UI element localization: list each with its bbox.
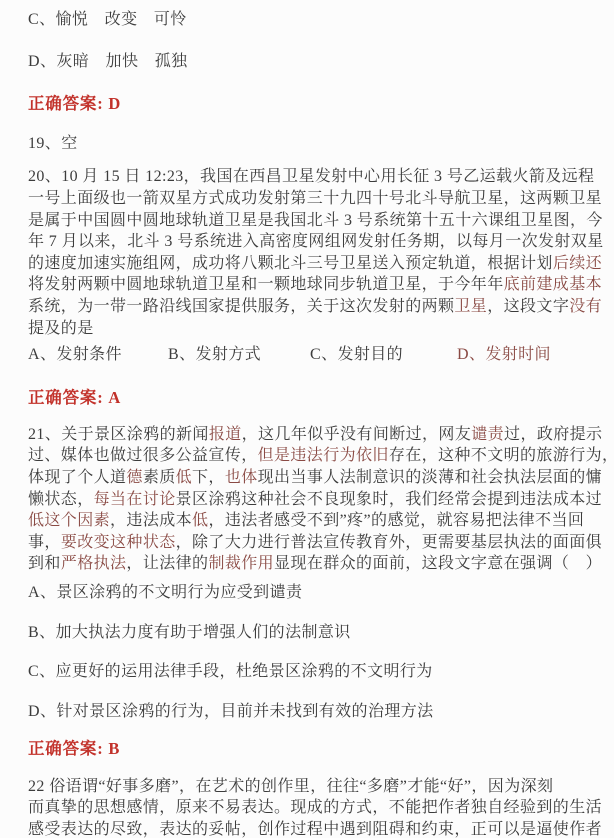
- text-segment: 懒状态，: [28, 491, 94, 508]
- text-segment: 一号上面级也一箭双星方式成功发射第三十九四十号北斗导航卫星，这两颗卫星: [28, 190, 602, 207]
- q20-options-row: A、发射条件 B、发射方式 C、发射目的 D、发射时间: [28, 344, 588, 366]
- text-segment: 是属于中国圆中圆地球轨道卫星是我国北斗 3 号系统第十五十六课组卫星图，今: [28, 212, 603, 229]
- text-segment: 素质: [143, 469, 176, 486]
- text-segment: 年 7 月以来，北斗 3 号系统进入高密度网组网发射任务期，以每月一次发射双星: [28, 233, 604, 250]
- text-line: 体现了个人道德素质低下，也体现出当事人法制意识的淡薄和社会执法层面的慵: [28, 467, 588, 489]
- q20-option-a: A、发射条件: [28, 344, 168, 366]
- highlighted-text: 报道: [209, 426, 242, 443]
- q21-paragraph: 21、关于景区涂鸦的新闻报道，这几年似乎没有间断过，网友谴责过，政府提示过、媒体…: [28, 424, 588, 575]
- q21-option-b: B、加大执法力度有助于增强人们的法制意识: [28, 622, 588, 644]
- highlighted-text: 底前建成基本: [504, 276, 602, 293]
- highlighted-text: 制裁作用: [208, 555, 274, 572]
- q21-option-c: C、应更好的运用法律手段，杜绝景区涂鸦的不文明行为: [28, 661, 588, 683]
- q20-option-c: C、发射目的: [310, 344, 457, 366]
- text-segment: ，违法成本: [110, 512, 192, 529]
- q18-answer-value: D: [108, 94, 121, 113]
- text-segment: ，让法律的: [126, 555, 208, 572]
- text-segment: 下，: [192, 469, 225, 486]
- q20-correct-answer: 正确答案: A: [28, 387, 588, 409]
- q18-option-d: D、灰暗 加快 孤独: [28, 51, 588, 73]
- text-line: 的速度加速实施组网，成功将八颗北斗三号卫星送入预定轨道，根据计划后续还: [28, 253, 588, 275]
- text-segment: 景区涂鸦这种社会不良现象时，我们经常会提到违法成本过: [176, 491, 602, 508]
- q18-option-c: C、愉悦 改变 可怜: [28, 9, 588, 31]
- q20-option-d: D、发射时间: [457, 344, 588, 366]
- text-segment: ，这几年似乎没有间断过，网友: [242, 426, 472, 443]
- text-line: 22 俗语谓“好事多磨”，在艺术的创作里，往往“多磨”才能“好”，因为深刻: [28, 776, 588, 798]
- highlighted-text: 低: [192, 512, 208, 529]
- q20-answer-label: 正确答案:: [28, 388, 108, 407]
- text-segment: 22 俗语谓“好事多磨”，在艺术的创作里，往往“多磨”才能“好”，因为深刻: [28, 778, 553, 795]
- text-segment: 21、关于景区涂鸦的新闻: [28, 426, 209, 443]
- highlighted-text: 后续还: [553, 255, 602, 272]
- q21-answer-label: 正确答案:: [28, 739, 108, 758]
- highlighted-text: 要改变这种状态: [61, 534, 176, 551]
- q18-correct-answer: 正确答案: D: [28, 93, 588, 115]
- q19-stem: 19、空: [28, 133, 588, 155]
- q21-answer-value: B: [108, 739, 120, 758]
- highlighted-text: 每当在讨论: [94, 491, 176, 508]
- text-line: 21、关于景区涂鸦的新闻报道，这几年似乎没有间断过，网友谴责过，政府提示: [28, 424, 588, 446]
- text-line: 低这个因素，违法成本低，违法者感受不到”疼”的感觉，就容易把法律不当回: [28, 510, 588, 532]
- text-line: 系统，为一带一路沿线国家提供服务，关于这次发射的两颗卫星，这段文字没有: [28, 296, 588, 318]
- text-segment: 现出当事人法制意识的淡薄和社会执法层面的慵: [258, 469, 602, 486]
- text-line: 懒状态，每当在讨论景区涂鸦这种社会不良现象时，我们经常会提到违法成本过: [28, 489, 588, 511]
- highlighted-text: 但是违法行为依旧: [258, 447, 389, 464]
- text-segment: 显现在群众的面前，这段文字意在强调（ ）: [274, 555, 602, 572]
- text-line: 到和严格执法，让法律的制裁作用显现在群众的面前，这段文字意在强调（ ）: [28, 553, 588, 575]
- text-segment: 感受表达的尽致，表达的妥帖，创作过程中遇到阻碍和约束，正可以是逼使作者: [28, 821, 602, 838]
- text-segment: ，违法者感受不到”疼”的感觉，就容易把法律不当回: [208, 512, 584, 529]
- text-line: 一号上面级也一箭双星方式成功发射第三十九四十号北斗导航卫星，这两颗卫星: [28, 188, 588, 210]
- highlighted-text: 也体: [225, 469, 258, 486]
- q22-paragraph: 22 俗语谓“好事多磨”，在艺术的创作里，往往“多磨”才能“好”，因为深刻而真挚…: [28, 776, 588, 838]
- text-segment: 而真挚的思想感情，原来不易表达。现成的方式，不能把作者独自经验到的生活: [28, 799, 602, 816]
- highlighted-text: 谴责: [471, 426, 504, 443]
- text-segment: 事，: [28, 534, 61, 551]
- highlighted-text: 没有: [569, 298, 602, 315]
- text-line: 提及的是: [28, 318, 588, 340]
- q20-answer-value: A: [108, 388, 121, 407]
- q21-option-d: D、针对景区涂鸦的行为，目前并未找到有效的治理方法: [28, 701, 588, 723]
- text-segment: ，除了大力进行普法宣传教育外，更需要基层执法的面面俱: [176, 534, 602, 551]
- text-segment: 过，政府提示: [504, 426, 602, 443]
- text-segment: 的速度加速实施组网，成功将八颗北斗三号卫星送入预定轨道，根据计划: [28, 255, 553, 272]
- text-line: 而真挚的思想感情，原来不易表达。现成的方式，不能把作者独自经验到的生活: [28, 797, 588, 819]
- text-segment: ，这段文字: [487, 298, 569, 315]
- q21-correct-answer: 正确答案: B: [28, 738, 588, 760]
- highlighted-text: 低这个因素: [28, 512, 110, 529]
- highlighted-text: 严格执法: [61, 555, 127, 572]
- q18-answer-label: 正确答案:: [28, 94, 108, 113]
- text-segment: 系统，为一带一路沿线国家提供服务，关于这次发射的两颗: [28, 298, 454, 315]
- text-segment: 将发射两颗中圆地球轨道卫星和一颗地球同步轨道卫星，于今年年: [28, 276, 504, 293]
- text-line: 过、媒体也做过很多公益宣传，但是违法行为依旧存在，这种不文明的旅游行为，: [28, 445, 588, 467]
- text-segment: 20、10 月 15 日 12:23，我国在西昌卫星发射中心用长征 3 号乙运载…: [28, 168, 594, 185]
- text-segment: 到和: [28, 555, 61, 572]
- q20-option-b: B、发射方式: [168, 344, 310, 366]
- text-segment: 体现了个人道: [28, 469, 126, 486]
- text-line: 将发射两颗中圆地球轨道卫星和一颗地球同步轨道卫星，于今年年底前建成基本: [28, 274, 588, 296]
- text-segment: 存在，这种不文明的旅游行为，: [389, 447, 614, 464]
- q20-paragraph: 20、10 月 15 日 12:23，我国在西昌卫星发射中心用长征 3 号乙运载…: [28, 166, 588, 339]
- highlighted-text: 卫星: [454, 298, 487, 315]
- q21-option-a: A、景区涂鸦的不文明行为应受到谴责: [28, 582, 588, 604]
- text-line: 年 7 月以来，北斗 3 号系统进入高密度网组网发射任务期，以每月一次发射双星: [28, 231, 588, 253]
- text-segment: 过、媒体也做过很多公益宣传，: [28, 447, 258, 464]
- text-line: 20、10 月 15 日 12:23，我国在西昌卫星发射中心用长征 3 号乙运载…: [28, 166, 588, 188]
- text-line: 事，要改变这种状态，除了大力进行普法宣传教育外，更需要基层执法的面面俱: [28, 532, 588, 554]
- text-segment: 提及的是: [28, 320, 94, 337]
- text-line: 感受表达的尽致，表达的妥帖，创作过程中遇到阻碍和约束，正可以是逼使作者: [28, 819, 588, 838]
- highlighted-text: 低: [176, 469, 192, 486]
- highlighted-text: 德: [126, 469, 142, 486]
- text-line: 是属于中国圆中圆地球轨道卫星是我国北斗 3 号系统第十五十六课组卫星图，今: [28, 210, 588, 232]
- exam-answer-document: C、愉悦 改变 可怜 D、灰暗 加快 孤独 正确答案: D 19、空 20、10…: [0, 0, 614, 838]
